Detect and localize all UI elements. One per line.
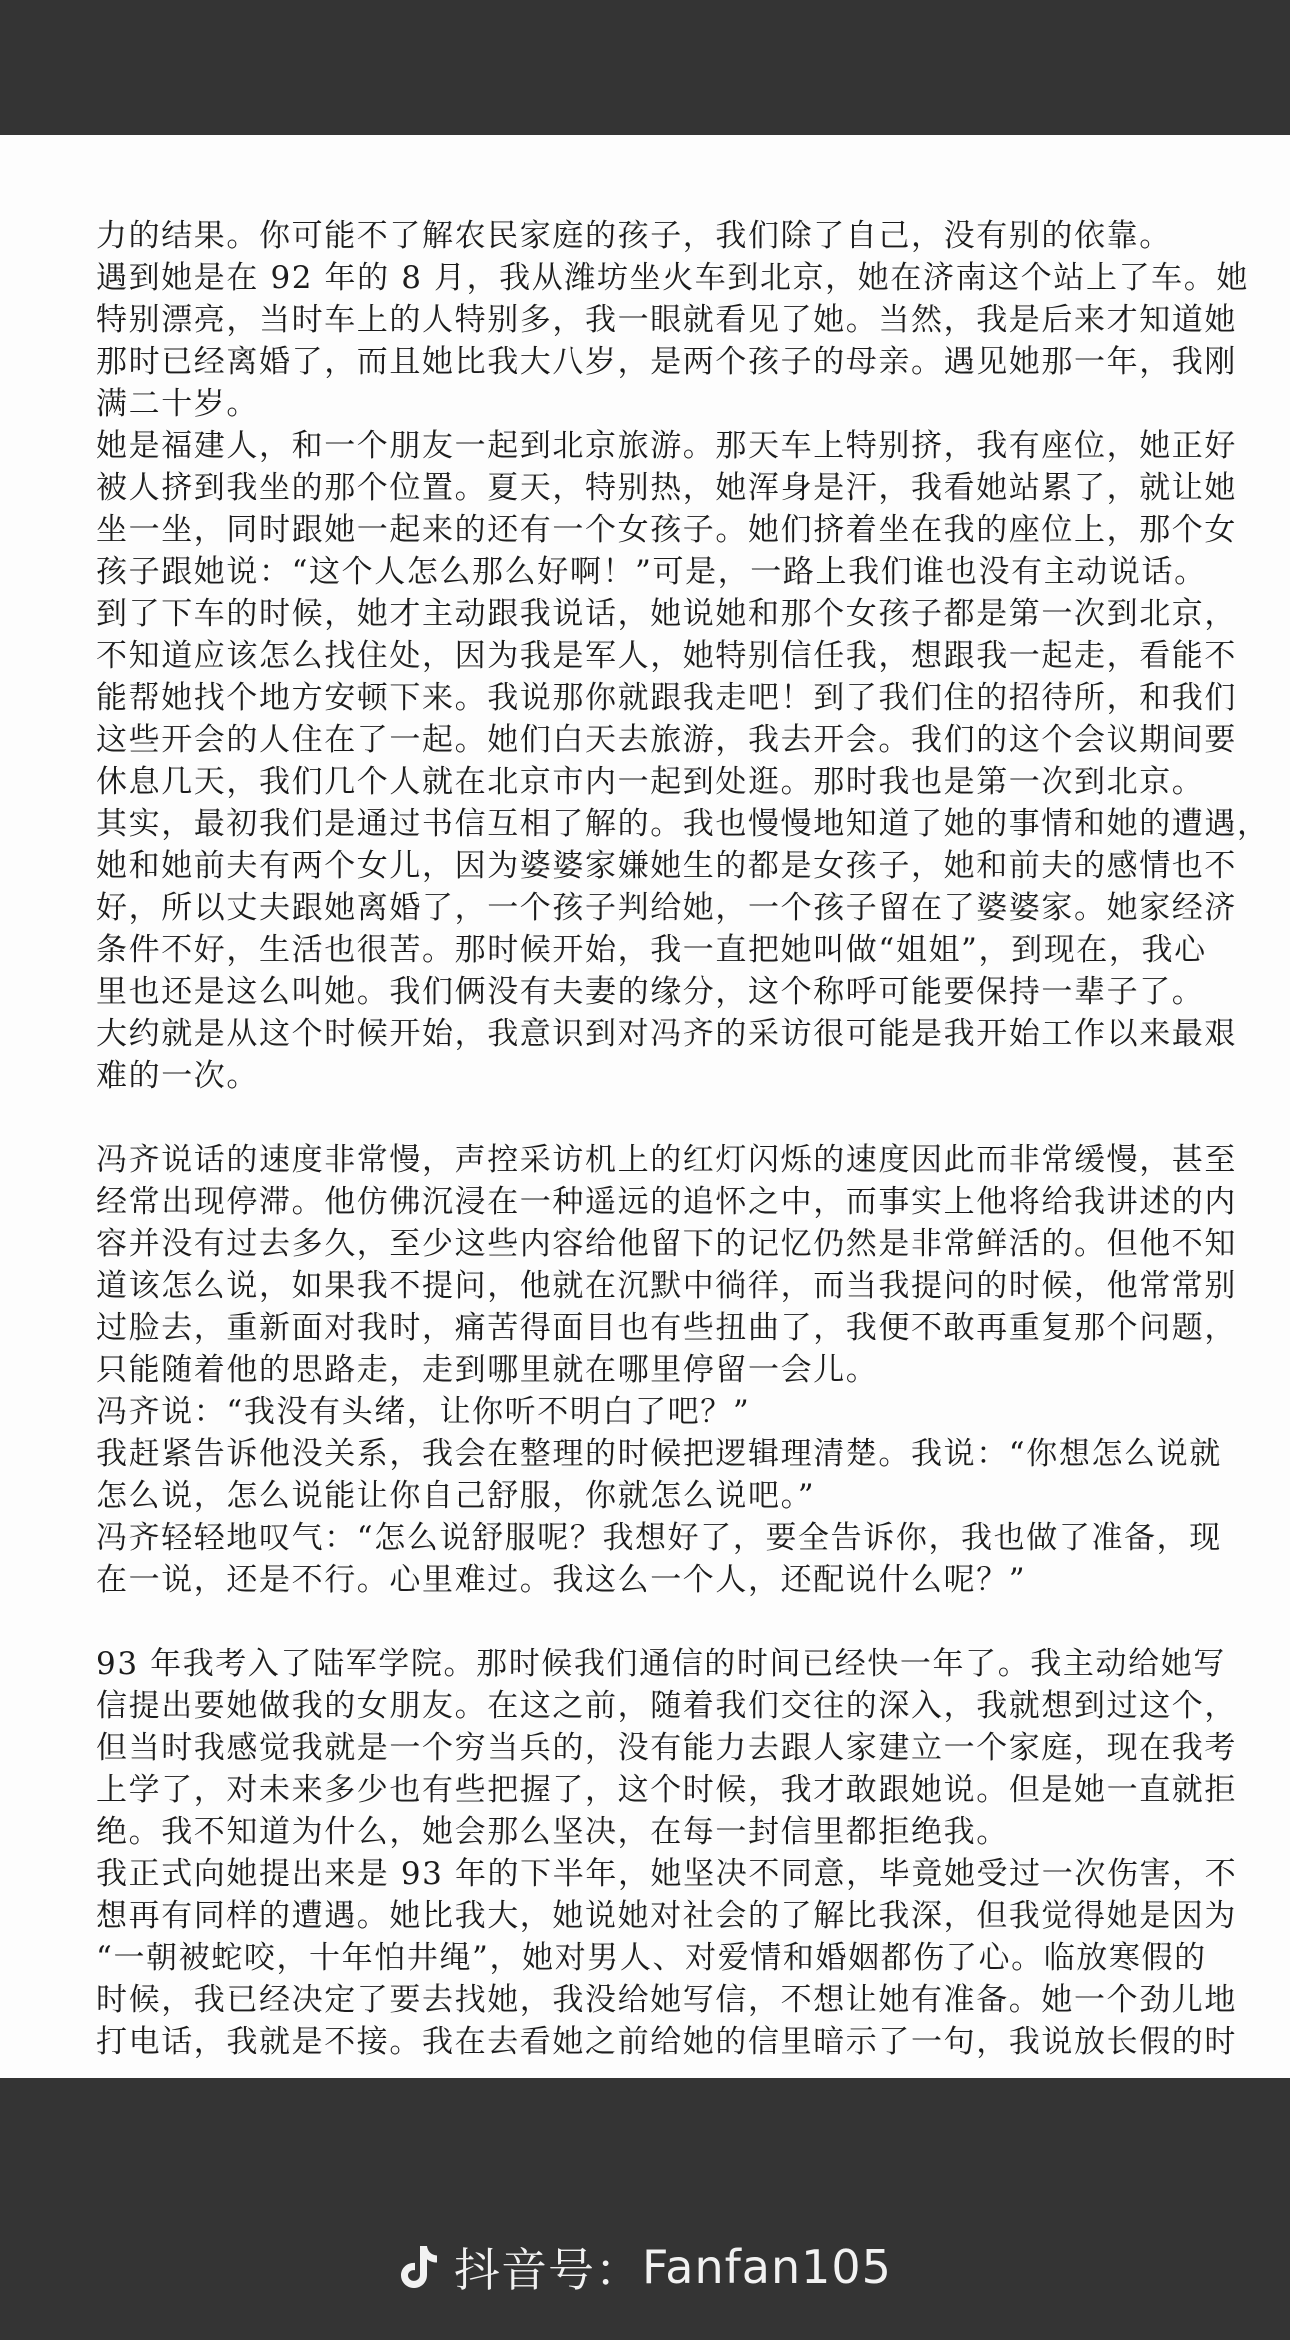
text-line: 容并没有过去多久，至少这些内容给他留下的记忆仍然是非常鲜活的。但他不知 xyxy=(96,1223,1206,1265)
text-line: 被人挤到我坐的那个位置。夏天，特别热，她浑身是汗，我看她站累了，就让她 xyxy=(96,467,1206,509)
text-line: 大约就是从这个时候开始，我意识到对冯齐的采访很可能是我开始工作以来最艰 xyxy=(96,1013,1206,1055)
text-line: 遇到她是在 92 年的 8 月，我从潍坊坐火车到北京，她在济南这个站上了车。她 xyxy=(96,257,1206,299)
text-line: 她和她前夫有两个女儿，因为婆婆家嫌她生的都是女孩子，她和前夫的感情也不 xyxy=(96,845,1206,887)
text-line: 满二十岁。 xyxy=(96,383,1206,425)
text-line: 力的结果。你可能不了解农民家庭的孩子，我们除了自己，没有别的依靠。 xyxy=(96,215,1206,257)
top-letterbox-bar xyxy=(0,0,1290,135)
text-line: 怎么说，怎么说能让你自己舒服，你就怎么说吧。” xyxy=(96,1475,1206,1517)
text-line: 打电话，我就是不接。我在去看她之前给她的信里暗示了一句，我说放长假的时 xyxy=(96,2021,1206,2063)
text-line: 她是福建人，和一个朋友一起到北京旅游。那天车上特别挤，我有座位，她正好 xyxy=(96,425,1206,467)
scanned-book-page: 力的结果。你可能不了解农民家庭的孩子，我们除了自己，没有别的依靠。 遇到她是在 … xyxy=(0,135,1290,2078)
text-line: 其实，最初我们是通过书信互相了解的。我也慢慢地知道了她的事情和她的遭遇， xyxy=(96,803,1206,845)
text-line: 孩子跟她说：“这个人怎么那么好啊！”可是，一路上我们谁也没有主动说话。 xyxy=(96,551,1206,593)
watermark-label: 抖音号： xyxy=(454,2234,642,2300)
text-line: 不知道应该怎么找住处，因为我是军人，她特别信任我，想跟我一起走，看能不 xyxy=(96,635,1206,677)
text-line: 绝。我不知道为什么，她会那么坚决，在每一封信里都拒绝我。 xyxy=(96,1811,1206,1853)
text-line: “一朝被蛇咬，十年怕井绳”，她对男人、对爱情和婚姻都伤了心。临放寒假的 xyxy=(96,1937,1206,1979)
paragraph-gap xyxy=(96,1601,1206,1643)
text-line: 特别漂亮，当时车上的人特别多，我一眼就看见了她。当然，我是后来才知道她 xyxy=(96,299,1206,341)
text-line: 这些开会的人住在了一起。她们白天去旅游，我去开会。我们的这个会议期间要 xyxy=(96,719,1206,761)
text-line: 那时已经离婚了，而且她比我大八岁，是两个孩子的母亲。遇见她那一年，我刚 xyxy=(96,341,1206,383)
text-line: 经常出现停滞。他仿佛沉浸在一种遥远的追怀之中，而事实上他将给我讲述的内 xyxy=(96,1181,1206,1223)
text-line: 冯齐说：“我没有头绪，让你听不明白了吧？” xyxy=(96,1391,1206,1433)
text-line: 过脸去，重新面对我时，痛苦得面目也有些扭曲了，我便不敢再重复那个问题， xyxy=(96,1307,1206,1349)
tiktok-logo-icon xyxy=(398,2244,440,2290)
text-line: 好，所以丈夫跟她离婚了，一个孩子判给她，一个孩子留在了婆婆家。她家经济 xyxy=(96,887,1206,929)
text-line: 我正式向她提出来是 93 年的下半年，她坚决不同意，毕竟她受过一次伤害，不 xyxy=(96,1853,1206,1895)
text-line: 难的一次。 xyxy=(96,1055,1206,1097)
text-line: 冯齐说话的速度非常慢，声控采访机上的红灯闪烁的速度因此而非常缓慢，甚至 xyxy=(96,1139,1206,1181)
text-line: 但当时我感觉我就是一个穷当兵的，没有能力去跟人家建立一个家庭，现在我考 xyxy=(96,1727,1206,1769)
text-line: 93 年我考入了陆军学院。那时候我们通信的时间已经快一年了。我主动给她写 xyxy=(96,1643,1206,1685)
text-line: 上学了，对未来多少也有些把握了，这个时候，我才敢跟她说。但是她一直就拒 xyxy=(96,1769,1206,1811)
text-line: 信提出要她做我的女朋友。在这之前，随着我们交往的深入，我就想到过这个， xyxy=(96,1685,1206,1727)
text-line: 我赶紧告诉他没关系，我会在整理的时候把逻辑理清楚。我说：“你想怎么说就 xyxy=(96,1433,1206,1475)
paragraph-gap xyxy=(96,1097,1206,1139)
text-line: 冯齐轻轻地叹气：“怎么说舒服呢？我想好了，要全告诉你，我也做了准备，现 xyxy=(96,1517,1206,1559)
text-line: 到了下车的时候，她才主动跟我说话，她说她和那个女孩子都是第一次到北京， xyxy=(96,593,1206,635)
text-line: 休息几天，我们几个人就在北京市内一起到处逛。那时我也是第一次到北京。 xyxy=(96,761,1206,803)
text-line: 条件不好，生活也很苦。那时候开始，我一直把她叫做“姐姐”，到现在，我心 xyxy=(96,929,1206,971)
text-line: 想再有同样的遭遇。她比我大，她说她对社会的了解比我深，但我觉得她是因为 xyxy=(96,1895,1206,1937)
text-line: 时候，我已经决定了要去找她，我没给她写信，不想让她有准备。她一个劲儿地 xyxy=(96,1979,1206,2021)
bottom-letterbox-bar xyxy=(0,2078,1290,2340)
douyin-watermark: 抖音号： Fanfan105 xyxy=(0,2237,1290,2297)
text-line: 坐一坐，同时跟她一起来的还有一个女孩子。她们挤着坐在我的座位上，那个女 xyxy=(96,509,1206,551)
text-line: 能帮她找个地方安顿下来。我说那你就跟我走吧！到了我们住的招待所，和我们 xyxy=(96,677,1206,719)
watermark-account: Fanfan105 xyxy=(642,2240,892,2294)
text-line: 里也还是这么叫她。我们俩没有夫妻的缘分，这个称呼可能要保持一辈子了。 xyxy=(96,971,1206,1013)
text-line: 道该怎么说，如果我不提问，他就在沉默中徜徉，而当我提问的时候，他常常别 xyxy=(96,1265,1206,1307)
page-text-body: 力的结果。你可能不了解农民家庭的孩子，我们除了自己，没有别的依靠。 遇到她是在 … xyxy=(96,215,1206,2063)
text-line: 在一说，还是不行。心里难过。我这么一个人，还配说什么呢？” xyxy=(96,1559,1206,1601)
text-line: 只能随着他的思路走，走到哪里就在哪里停留一会儿。 xyxy=(96,1349,1206,1391)
